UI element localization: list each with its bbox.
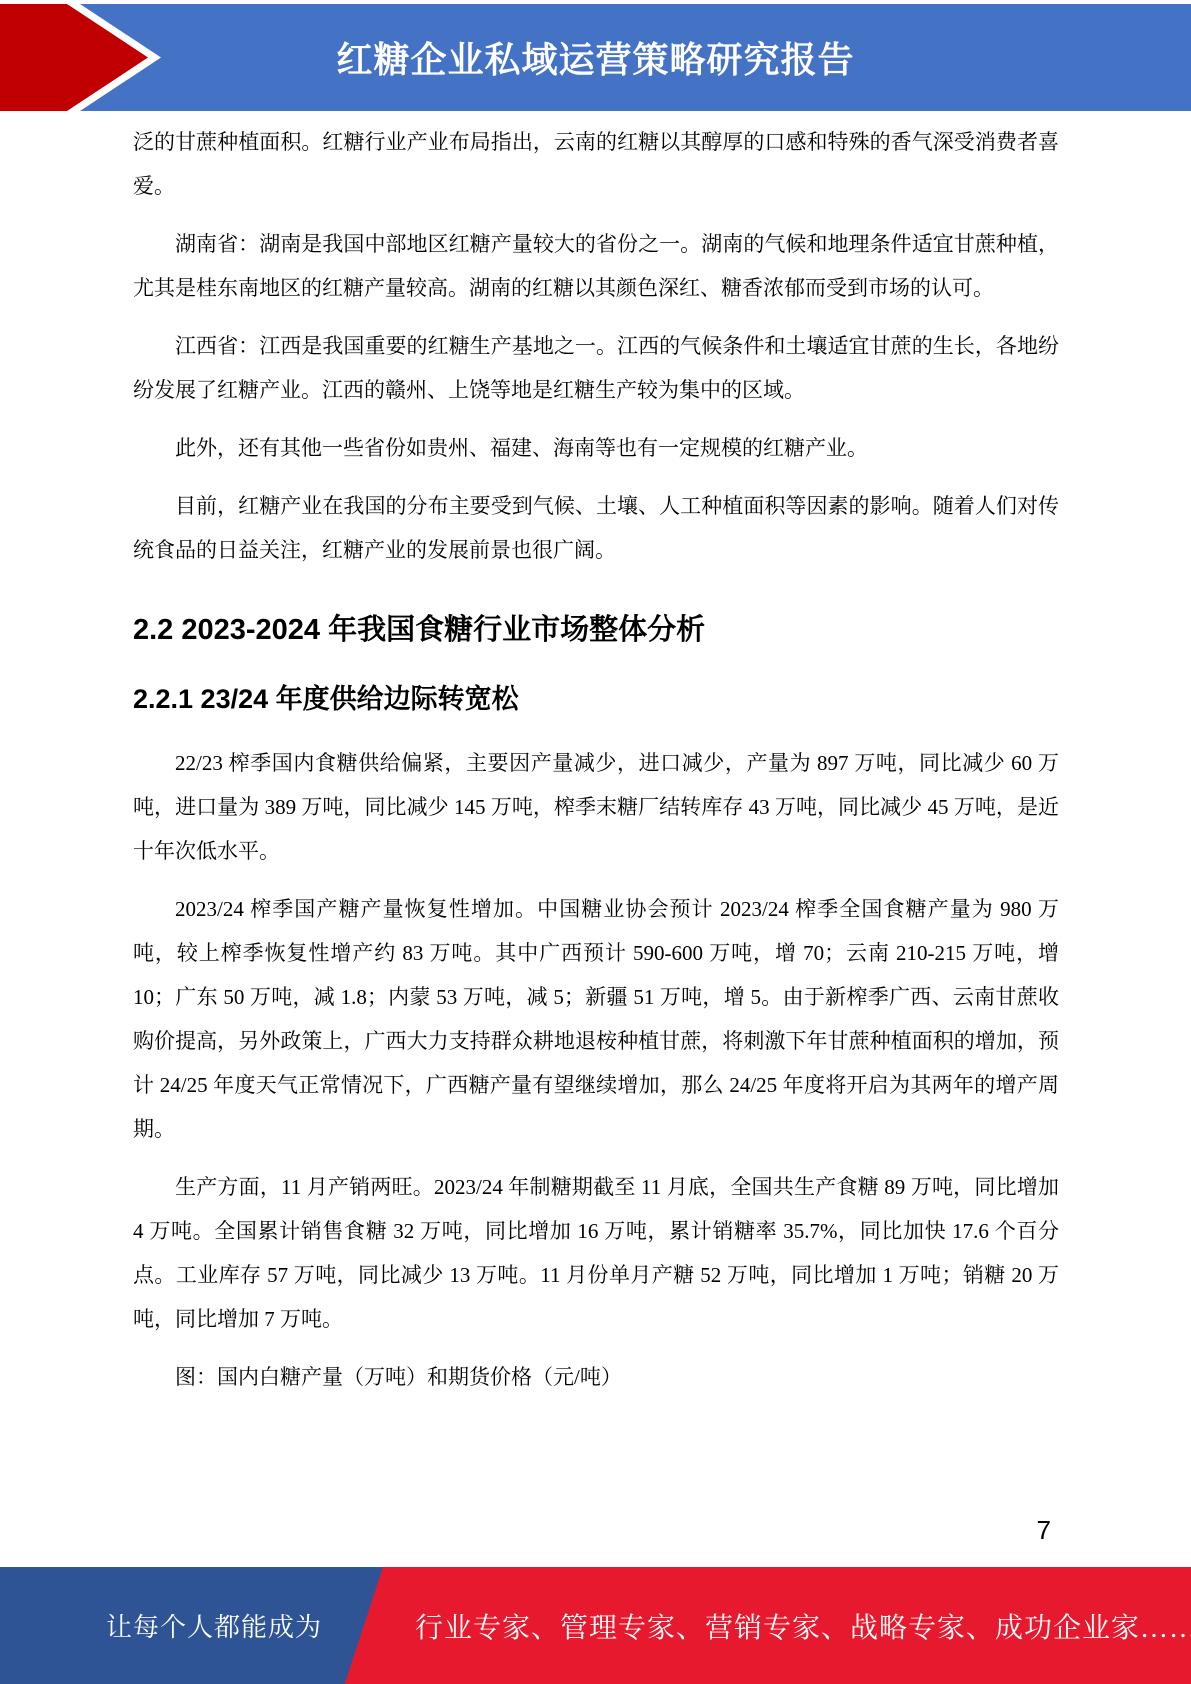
body-paragraph: 22/23 榨季国内食糖供给偏紧，主要因产量减少，进口减少，产量为 897 万吨…: [133, 741, 1059, 873]
subsection-heading: 2.2.1 23/24 年度供给边际转宽松: [133, 682, 1059, 717]
header-banner: 红糖企业私域运营策略研究报告: [0, 4, 1191, 111]
body-paragraph: 此外，还有其他一些省份如贵州、福建、海南等也有一定规模的红糖产业。: [133, 426, 1059, 470]
report-title: 红糖企业私域运营策略研究报告: [336, 32, 854, 83]
section-heading: 2.2 2023-2024 年我国食糖行业市场整体分析: [133, 612, 1059, 650]
body-paragraph: 生产方面，11 月产销两旺。2023/24 年制糖期截至 11 月底，全国共生产…: [133, 1165, 1059, 1341]
document-page: { "header": { "title": "红糖企业私域运营策略研究报告",…: [0, 0, 1191, 1684]
footer-banner: 让每个人都能成为 行业专家、管理专家、营销专家、战略专家、成功企业家……: [0, 1567, 1191, 1684]
body-paragraph: 湖南省：湖南是我国中部地区红糖产量较大的省份之一。湖南的气候和地理条件适宜甘蔗种…: [133, 222, 1059, 310]
body-paragraph: 2023/24 榨季国产糖产量恢复性增加。中国糖业协会预计 2023/24 榨季…: [133, 887, 1059, 1151]
report-arrow-icon: [0, 4, 175, 111]
body-paragraph: 泛的甘蔗种植面积。红糖行业产业布局指出，云南的红糖以其醇厚的口感和特殊的香气深受…: [133, 120, 1059, 208]
body-paragraph: 目前，红糖产业在我国的分布主要受到气候、土壤、人工种植面积等因素的影响。随着人们…: [133, 484, 1059, 572]
body-paragraph: 江西省：江西是我国重要的红糖生产基地之一。江西的气候条件和土壤适宜甘蔗的生长，各…: [133, 324, 1059, 412]
page-number: 7: [1037, 1515, 1051, 1546]
footer-slogan-left: 让每个人都能成为: [0, 1567, 322, 1684]
content-area: 泛的甘蔗种植面积。红糖行业产业布局指出，云南的红糖以其醇厚的口感和特殊的香气深受…: [133, 120, 1059, 1399]
figure-caption: 图：国内白糖产量（万吨）和期货价格（元/吨）: [133, 1355, 1059, 1399]
footer-slogan-right: 行业专家、管理专家、营销专家、战略专家、成功企业家……: [415, 1567, 1191, 1684]
